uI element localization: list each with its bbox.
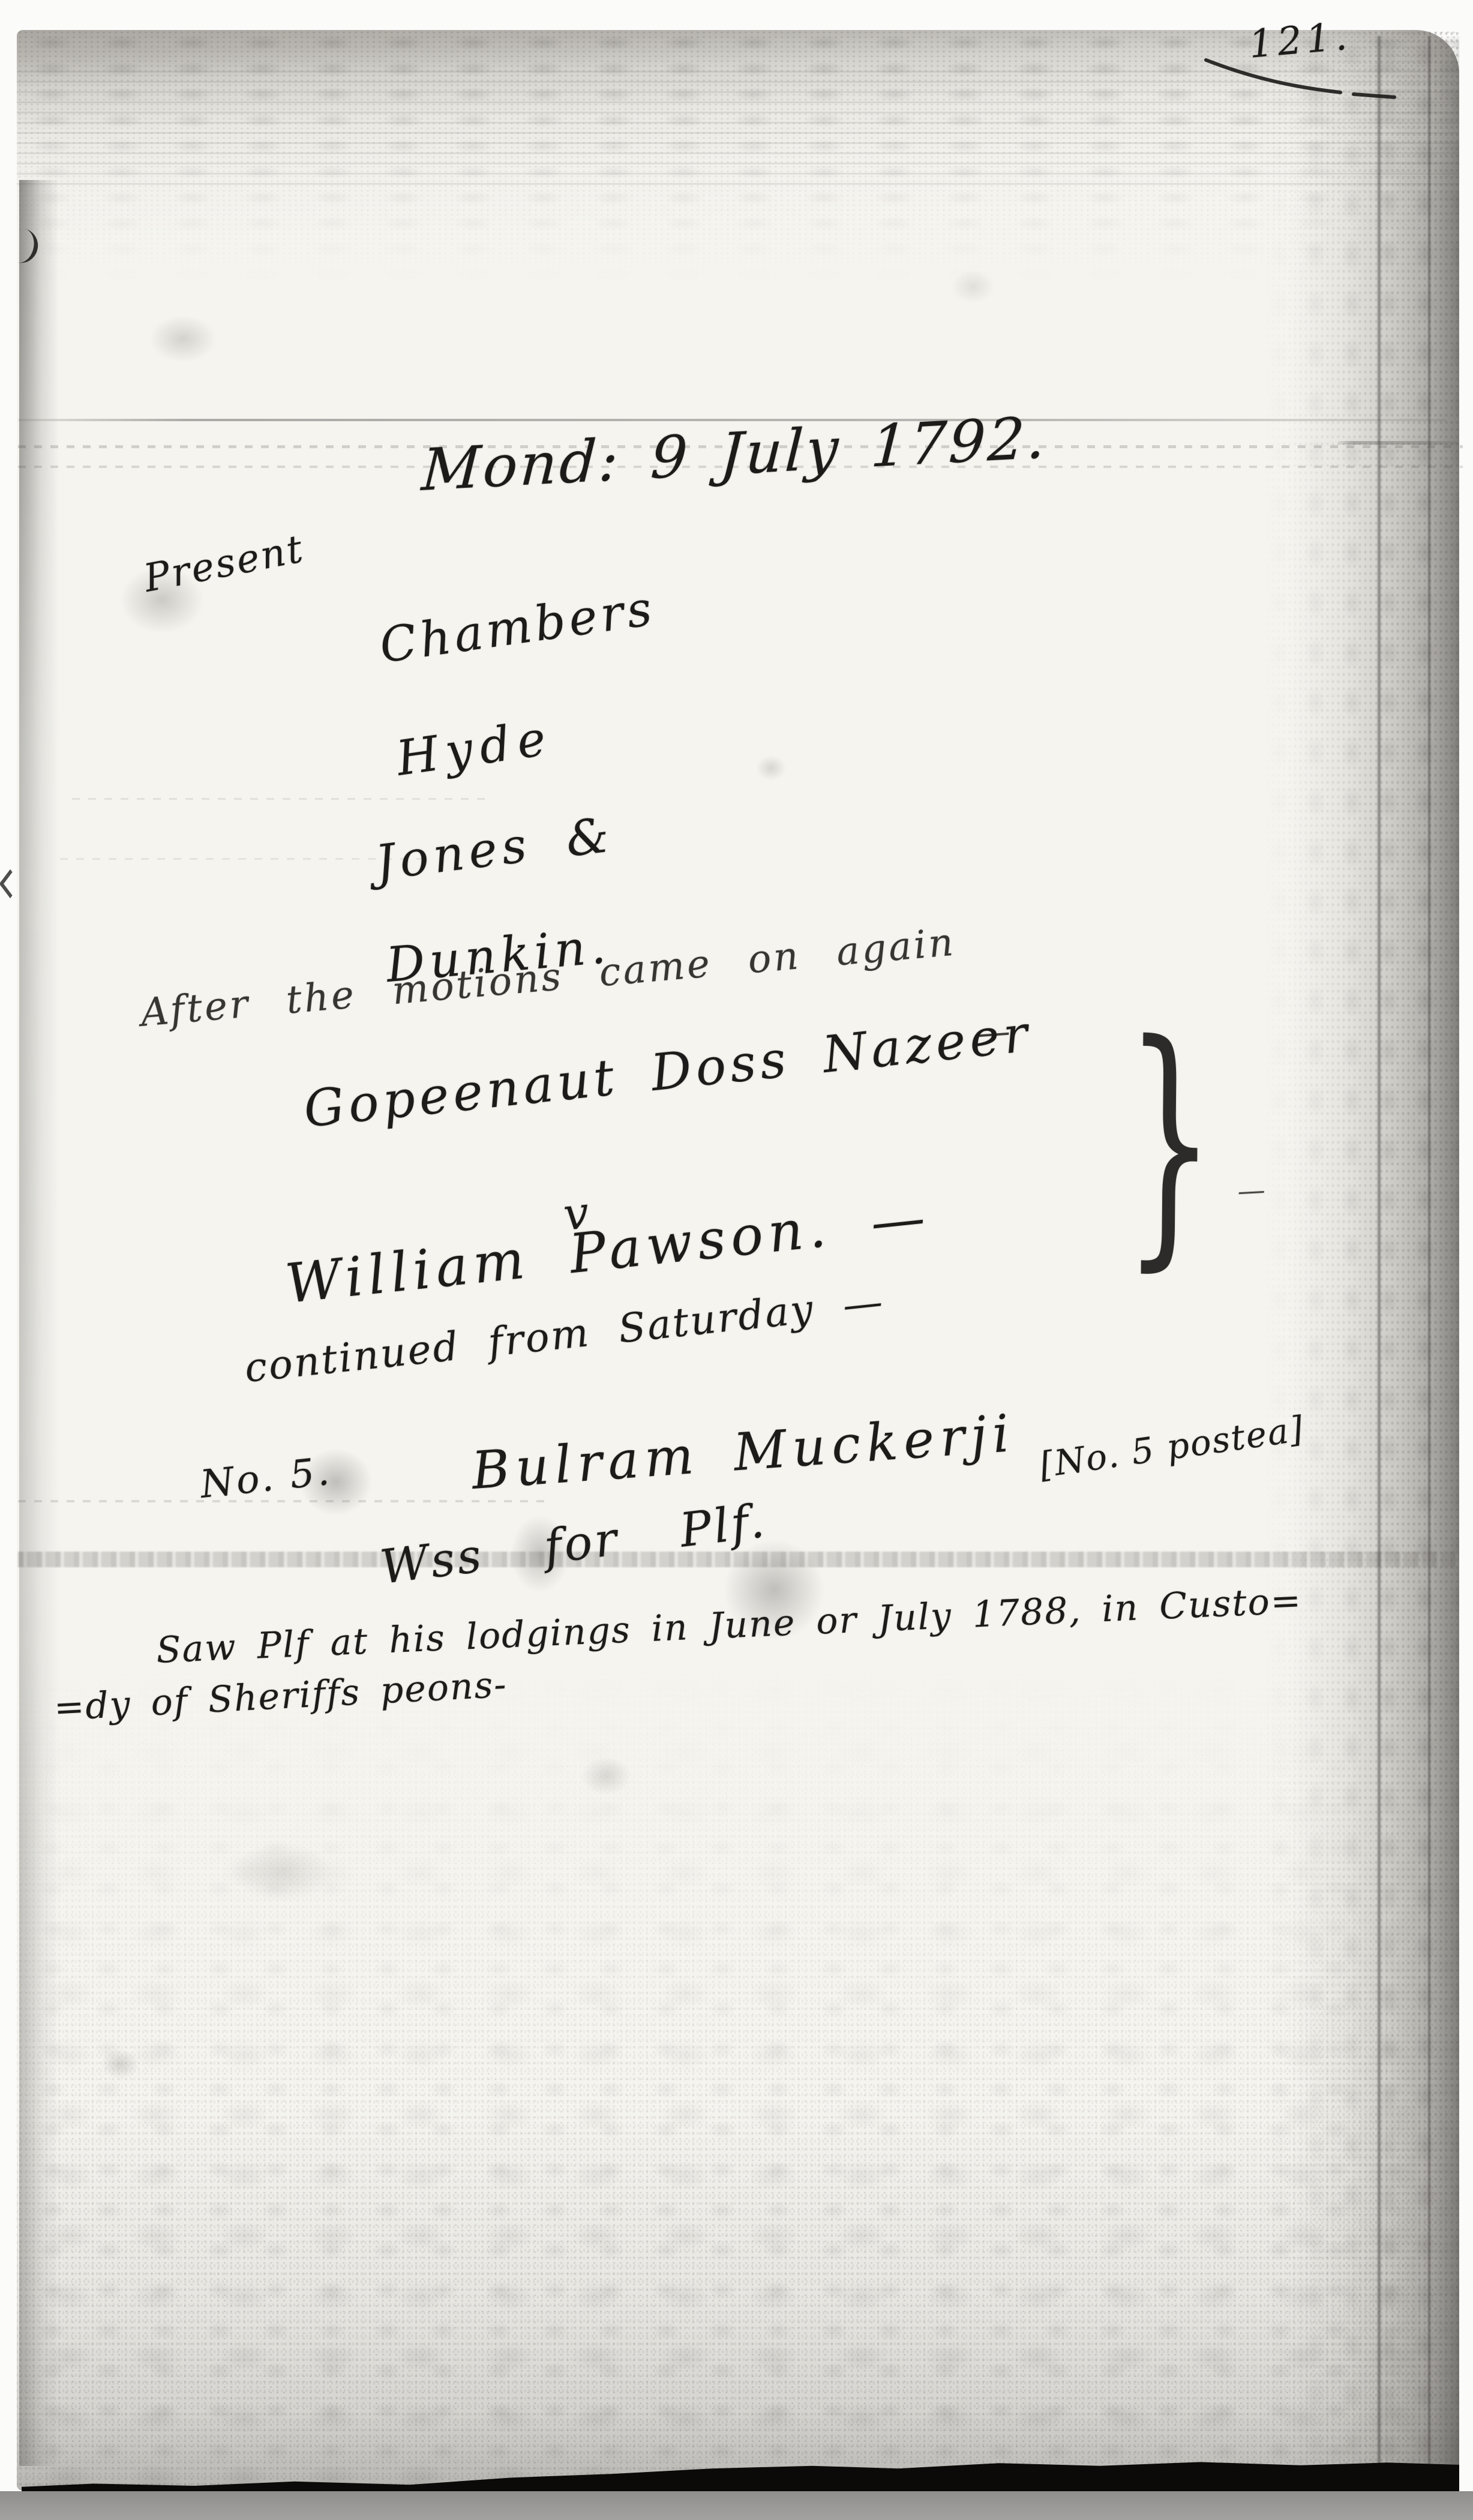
- case-brace: }: [1123, 1009, 1216, 1273]
- binding-crease: [1378, 36, 1381, 2484]
- page-left-edge-shadow: [19, 180, 59, 2466]
- scan-bottom-strip: [0, 2491, 1473, 2520]
- binding-crease: [1428, 36, 1430, 2484]
- page-number-underline: [1201, 53, 1405, 101]
- case-brace-dash: —: [1237, 1174, 1266, 1207]
- manuscript-scan: 121. Mond: 9 July 1792. Present Chambers…: [0, 0, 1473, 2520]
